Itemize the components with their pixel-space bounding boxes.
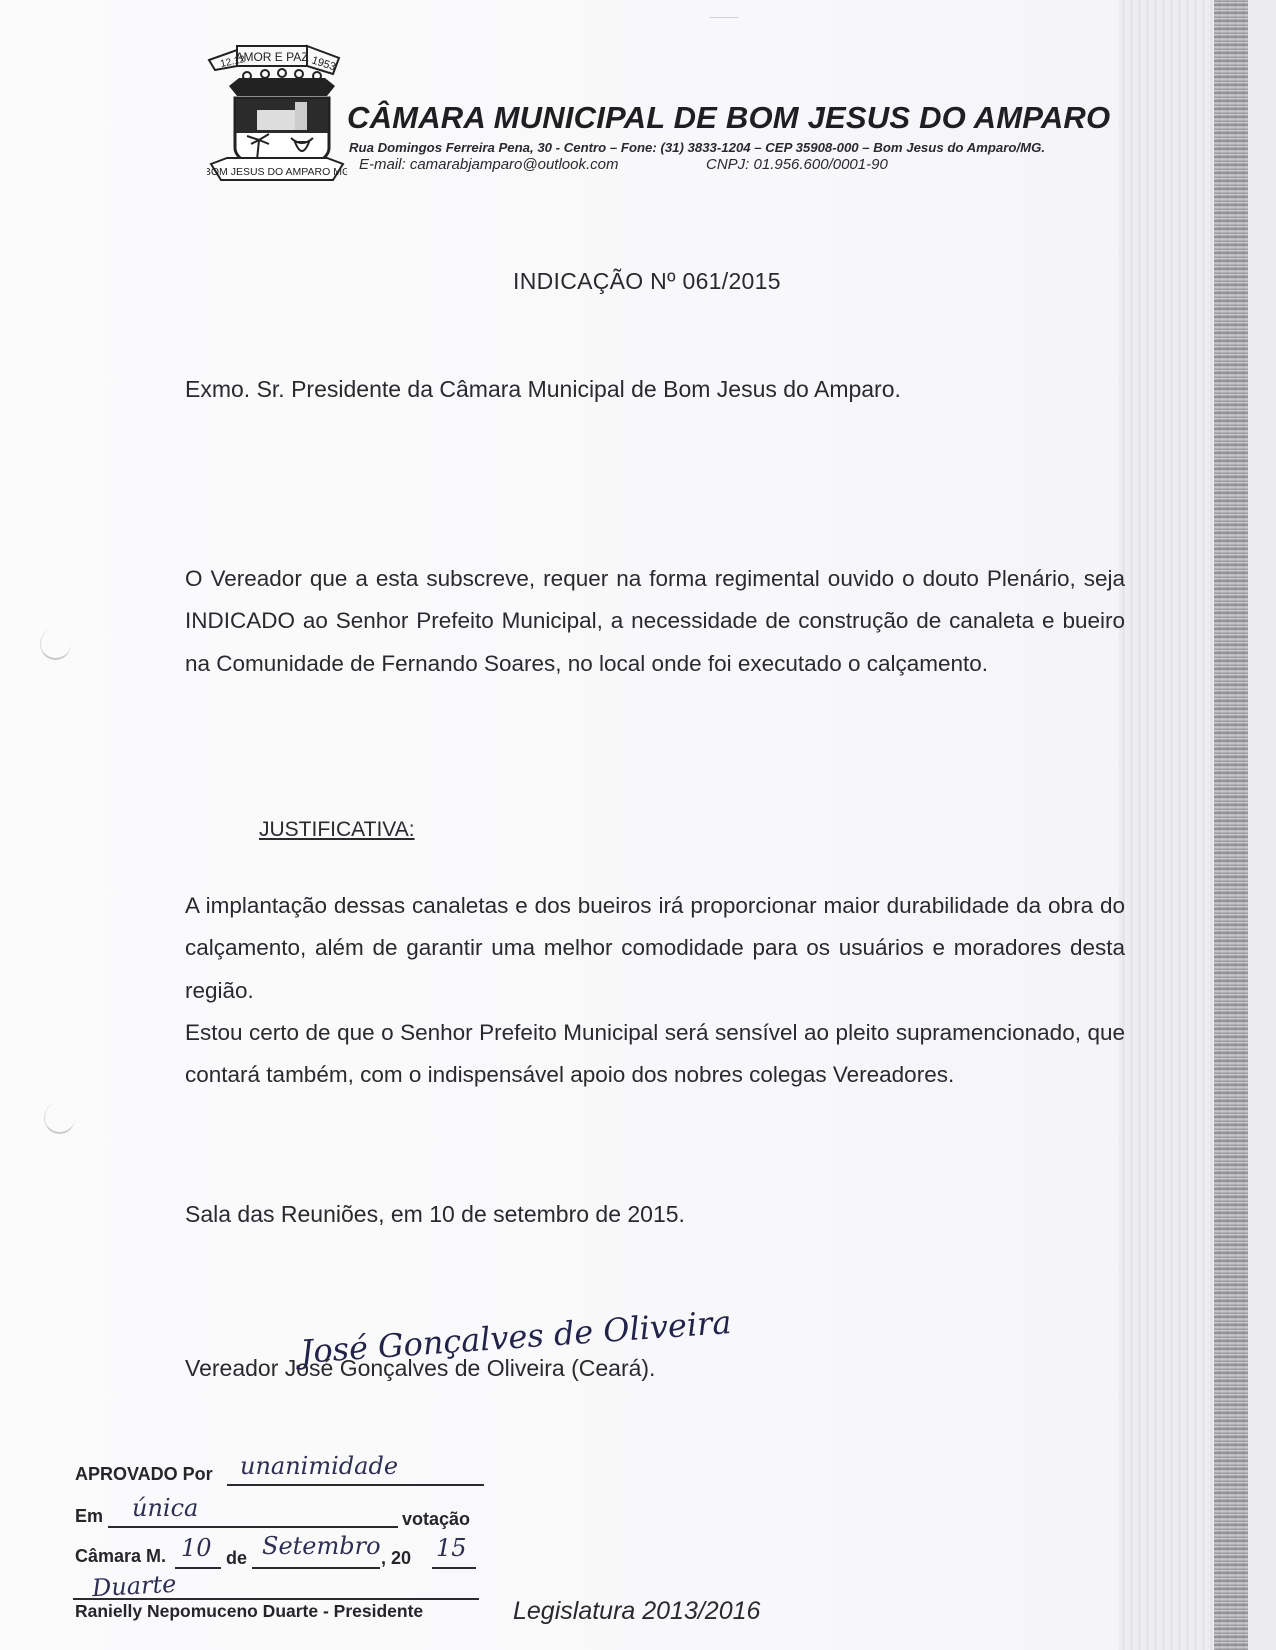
scan-artifact xyxy=(710,17,738,18)
hole-punch-mark xyxy=(40,628,71,660)
justification-heading: JUSTIFICATIVA: xyxy=(259,818,415,842)
document-title: INDICAÇÃO Nº 061/2015 xyxy=(513,268,781,295)
president-name: Ranielly Nepomuceno Duarte - Presidente xyxy=(75,1601,423,1622)
justification-paragraph: A implantação dessas canaletas e dos bue… xyxy=(185,885,1125,1012)
in-value: única xyxy=(132,1494,198,1522)
approved-by-label: APROVADO Por xyxy=(75,1464,213,1484)
page-margin xyxy=(1248,0,1276,1650)
underline xyxy=(108,1526,398,1528)
hole-punch-mark xyxy=(44,1102,75,1134)
request-paragraph: O Vereador que a esta subscreve, requer … xyxy=(185,558,1125,685)
approval-by-row: APROVADO Por xyxy=(75,1464,213,1485)
svg-text:AMOR E PAZ: AMOR E PAZ xyxy=(235,50,308,64)
institution-name: CÂMARA MUNICIPAL DE BOM JESUS DO AMPARO xyxy=(347,100,1110,136)
day-value: 10 xyxy=(181,1534,212,1562)
of-label: de xyxy=(226,1548,247,1569)
institution-cnpj: CNPJ: 01.956.600/0001-90 xyxy=(706,156,888,173)
institution-email: E-mail: camarabjamparo@outlook.com xyxy=(359,156,619,173)
salutation: Exmo. Sr. Presidente da Câmara Municipal… xyxy=(185,376,901,403)
date-line: Sala das Reuniões, em 10 de setembro de … xyxy=(185,1201,685,1228)
municipal-coat-of-arms-icon: AMOR E PAZ 12.12 1953 BOM JESUS DO AMPAR… xyxy=(207,40,347,190)
in-label: Em xyxy=(75,1506,103,1526)
year-suffix: 15 xyxy=(436,1534,467,1562)
approved-by-value: unanimidade xyxy=(240,1452,398,1480)
underline xyxy=(175,1567,221,1569)
month-value: Setembro xyxy=(262,1532,381,1560)
year-prefix: , 20 xyxy=(381,1548,411,1569)
scanner-edge-shadow xyxy=(1214,0,1248,1650)
scanned-document-page: AMOR E PAZ 12.12 1953 BOM JESUS DO AMPAR… xyxy=(0,0,1276,1650)
underline xyxy=(227,1484,484,1486)
chamber-label: Câmara M. xyxy=(75,1546,166,1566)
svg-text:12.12: 12.12 xyxy=(219,54,246,70)
justification-paragraph: Estou certo de que o Senhor Prefeito Mun… xyxy=(185,1012,1125,1097)
signature-line xyxy=(73,1598,479,1600)
institution-address: Rua Domingos Ferreira Pena, 30 - Centro … xyxy=(349,140,1045,155)
approval-chamber-row: Câmara M. xyxy=(75,1546,166,1567)
approval-in-row: Em xyxy=(75,1506,103,1527)
vote-label: votação xyxy=(402,1509,470,1530)
underline xyxy=(432,1567,476,1569)
svg-text:BOM JESUS DO AMPARO MG: BOM JESUS DO AMPARO MG xyxy=(207,166,347,178)
legislature-label: Legislatura 2013/2016 xyxy=(513,1597,760,1626)
underline xyxy=(252,1567,380,1569)
